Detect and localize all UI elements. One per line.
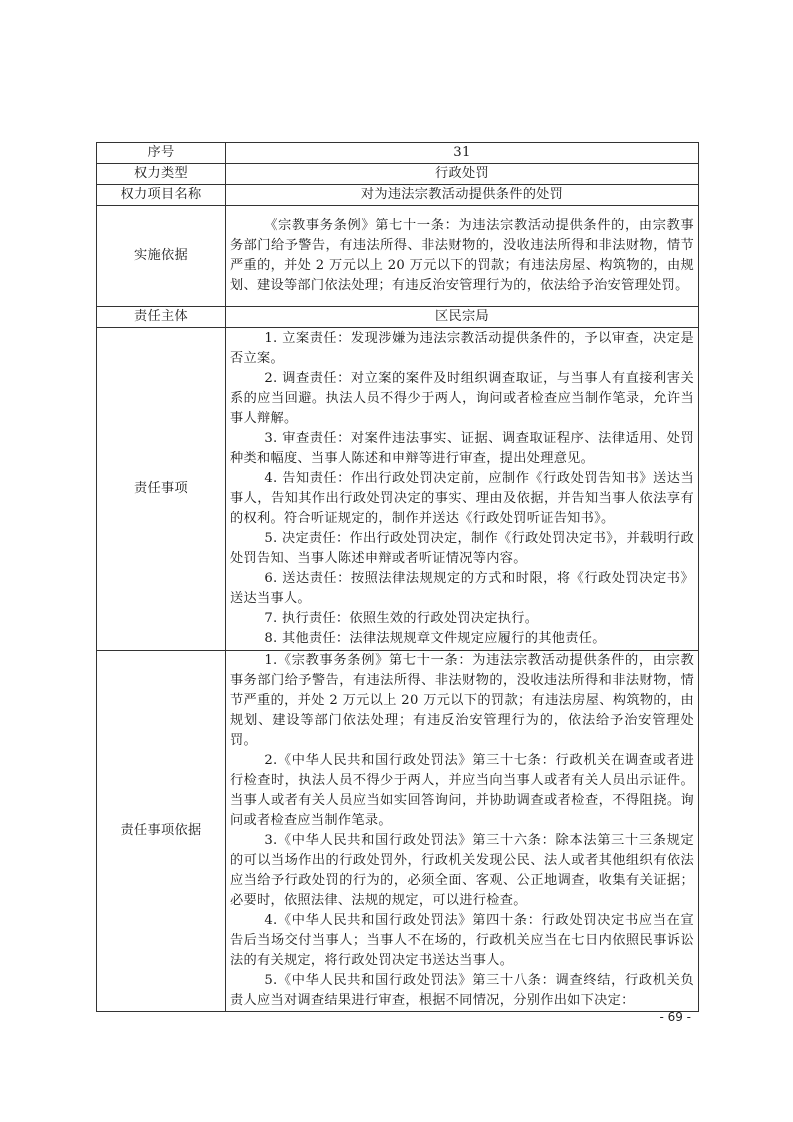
duties-label: 责任事项 xyxy=(97,328,226,651)
duty-item: 4. 告知责任：作出行政处罚决定前，应制作《行政处罚告知书》送达当事人，告知其作… xyxy=(230,469,694,529)
duty-item: 5. 决定责任：作出行政处罚决定，制作《行政处罚决定书》，并载明行政处罚告知、当… xyxy=(230,529,694,569)
duty-item: 6. 送达责任：按照法律法规规定的方式和时限，将《行政处罚决定书》送达当事人。 xyxy=(230,569,694,609)
basis-label: 实施依据 xyxy=(97,206,226,307)
basis-paragraph: 《宗教事务条例》第七十一条：为违法宗教活动提供条件的，由宗教事务部门给予警告，有… xyxy=(230,216,694,296)
table-row-item-name: 权力项目名称 对为违法宗教活动提供条件的处罚 xyxy=(97,185,699,206)
table-row-serial: 序号 31 xyxy=(97,143,699,164)
basis-content: 《宗教事务条例》第七十一条：为违法宗教活动提供条件的，由宗教事务部门给予警告，有… xyxy=(226,206,699,307)
document-page: 序号 31 权力类型 行政处罚 权力项目名称 对为违法宗教活动提供条件的处罚 实… xyxy=(0,0,793,1122)
duty-item: 7. 执行责任：依照生效的行政处罚决定执行。 xyxy=(230,609,694,629)
table-row-power-type: 权力类型 行政处罚 xyxy=(97,164,699,185)
table-row-subject: 责任主体 区民宗局 xyxy=(97,307,699,328)
power-type-value: 行政处罚 xyxy=(226,164,699,185)
subject-value: 区民宗局 xyxy=(226,307,699,328)
serial-label: 序号 xyxy=(97,143,226,164)
subject-label: 责任主体 xyxy=(97,307,226,328)
duty-basis-item: 2.《中华人民共和国行政处罚法》第三十七条：行政机关在调查或者进行检查时，执法人… xyxy=(230,751,694,831)
duties-content: 1. 立案责任：发现涉嫌为违法宗教活动提供条件的，予以审查，决定是否立案。 2.… xyxy=(226,328,699,651)
duty-basis-content: 1.《宗教事务条例》第七十一条：为违法宗教活动提供条件的，由宗教事务部门给予警告… xyxy=(226,651,699,1012)
power-type-label: 权力类型 xyxy=(97,164,226,185)
table-row-basis: 实施依据 《宗教事务条例》第七十一条：为违法宗教活动提供条件的，由宗教事务部门给… xyxy=(97,206,699,307)
duty-basis-item: 5.《中华人民共和国行政处罚法》第三十八条：调查终结，行政机关负责人应当对调查结… xyxy=(230,971,694,1011)
duty-basis-label: 责任事项依据 xyxy=(97,651,226,1012)
table-row-duty-basis: 责任事项依据 1.《宗教事务条例》第七十一条：为违法宗教活动提供条件的，由宗教事… xyxy=(97,651,699,1012)
duty-item: 1. 立案责任：发现涉嫌为违法宗教活动提供条件的，予以审查，决定是否立案。 xyxy=(230,329,694,369)
duty-basis-item: 4.《中华人民共和国行政处罚法》第四十条：行政处罚决定书应当在宣告后当场交付当事… xyxy=(230,911,694,971)
serial-value: 31 xyxy=(226,143,699,164)
duty-basis-item: 3.《中华人民共和国行政处罚法》第三十六条：除本法第三十三条规定的可以当场作出的… xyxy=(230,831,694,911)
duty-item: 3. 审查责任：对案件违法事实、证据、调查取证程序、法律适用、处罚种类和幅度、当… xyxy=(230,429,694,469)
duty-basis-item: 1.《宗教事务条例》第七十一条：为违法宗教活动提供条件的，由宗教事务部门给予警告… xyxy=(230,651,694,751)
item-name-value: 对为违法宗教活动提供条件的处罚 xyxy=(226,185,699,206)
duty-item: 8. 其他责任：法律法规规章文件规定应履行的其他责任。 xyxy=(230,629,694,649)
page-number: - 69 - xyxy=(659,1010,691,1024)
power-item-table: 序号 31 权力类型 行政处罚 权力项目名称 对为违法宗教活动提供条件的处罚 实… xyxy=(96,142,699,1012)
item-name-label: 权力项目名称 xyxy=(97,185,226,206)
table-row-duties: 责任事项 1. 立案责任：发现涉嫌为违法宗教活动提供条件的，予以审查，决定是否立… xyxy=(97,328,699,651)
duty-item: 2. 调查责任：对立案的案件及时组织调查取证，与当事人有直接利害关系的应当回避。… xyxy=(230,369,694,429)
